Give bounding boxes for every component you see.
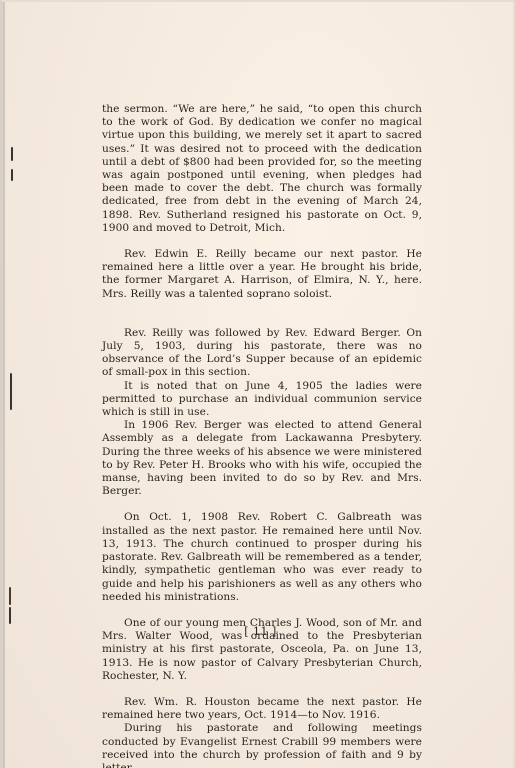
page-number: [ 11 ] [3, 625, 515, 638]
binding-mark [11, 169, 13, 181]
binding-mark [9, 607, 11, 624]
paragraph: Rev. Reilly was followed by Rev. Edward … [102, 327, 422, 380]
binding-mark [10, 373, 12, 410]
paragraph: Rev. Wm. R. Houston became the next past… [102, 696, 422, 722]
document-page: the sermon. “We are here,” he said, “to … [0, 0, 515, 768]
paragraph: the sermon. “We are here,” he said, “to … [102, 103, 422, 235]
paragraph: It is noted that on June 4, 1905 the lad… [102, 380, 422, 420]
paragraph: During his pastorate and following meeti… [102, 722, 422, 768]
paragraph: In 1906 Rev. Berger was elected to atten… [102, 419, 422, 498]
paragraph: Rev. Edwin E. Reilly became our next pas… [102, 248, 422, 301]
binding-mark [9, 587, 11, 605]
paragraph: On Oct. 1, 1908 Rev. Robert C. Galbreath… [102, 511, 422, 603]
binding-mark [11, 147, 13, 161]
body-text: the sermon. “We are here,” he said, “to … [102, 103, 422, 768]
